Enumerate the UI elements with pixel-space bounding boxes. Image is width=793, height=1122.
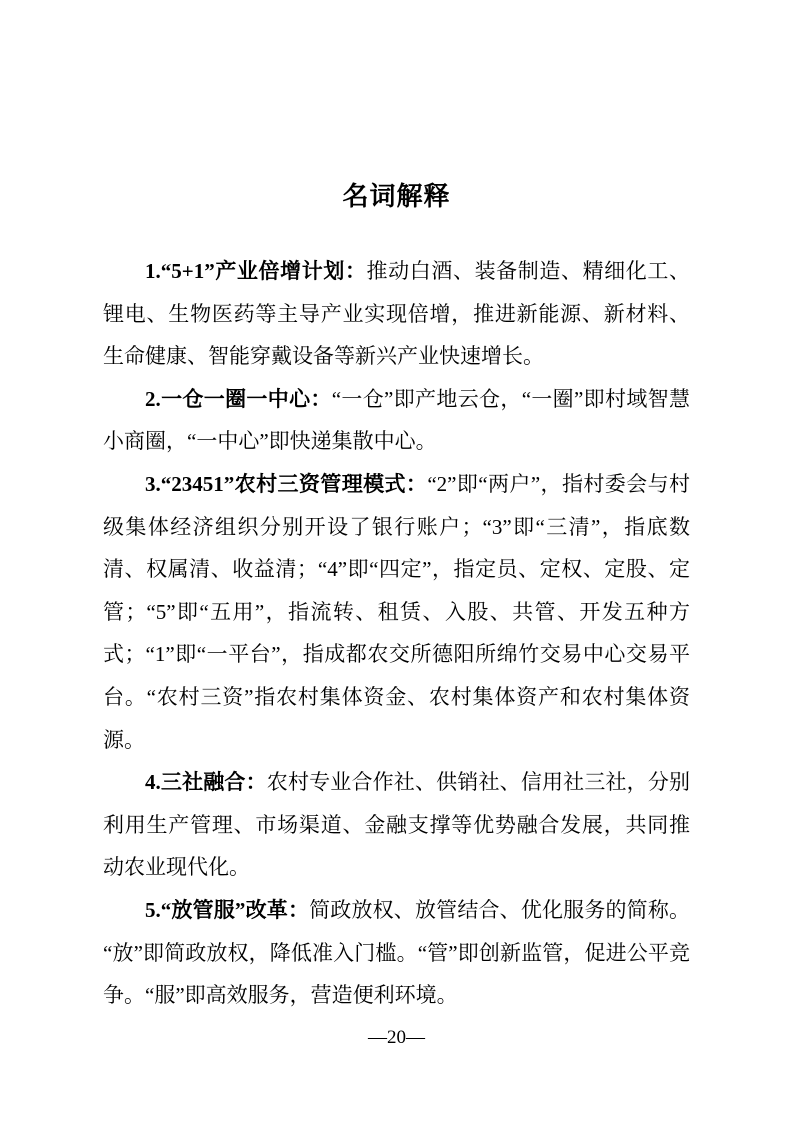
term-label: 4.三社融合： [145,770,267,794]
term-label: 2.一仓一圈一中心： [145,387,332,411]
document-page: 名词解释 1.“5+1”产业倍增计划：推动白酒、装备制造、精细化工、锂电、生物医… [0,0,793,1122]
definition-paragraph: 4.三社融合：农村专业合作社、供销社、信用社三社，分别利用生产管理、市场渠道、金… [103,761,690,889]
page-number: —20— [0,1026,793,1051]
definition-paragraph: 1.“5+1”产业倍增计划：推动白酒、装备制造、精细化工、锂电、生物医药等主导产… [103,250,690,378]
document-body: 1.“5+1”产业倍增计划：推动白酒、装备制造、精细化工、锂电、生物医药等主导产… [103,250,690,1017]
term-label: 5.“放管服”改革： [145,898,309,922]
term-definition: “2”即“两户”，指村委会与村级集体经济组织分别开设了银行账户；“3”即“三清”… [103,472,690,752]
definition-paragraph: 5.“放管服”改革：简政放权、放管结合、优化服务的简称。“放”即简政放权，降低准… [103,889,690,1017]
term-label: 1.“5+1”产业倍增计划： [145,259,367,283]
definition-paragraph: 2.一仓一圈一中心：“一仓”即产地云仓，“一圈”即村域智慧小商圈，“一中心”即快… [103,378,690,463]
page-title: 名词解释 [0,182,793,211]
definition-paragraph: 3.“23451”农村三资管理模式：“2”即“两户”，指村委会与村级集体经济组织… [103,463,690,761]
term-label: 3.“23451”农村三资管理模式： [145,472,427,496]
